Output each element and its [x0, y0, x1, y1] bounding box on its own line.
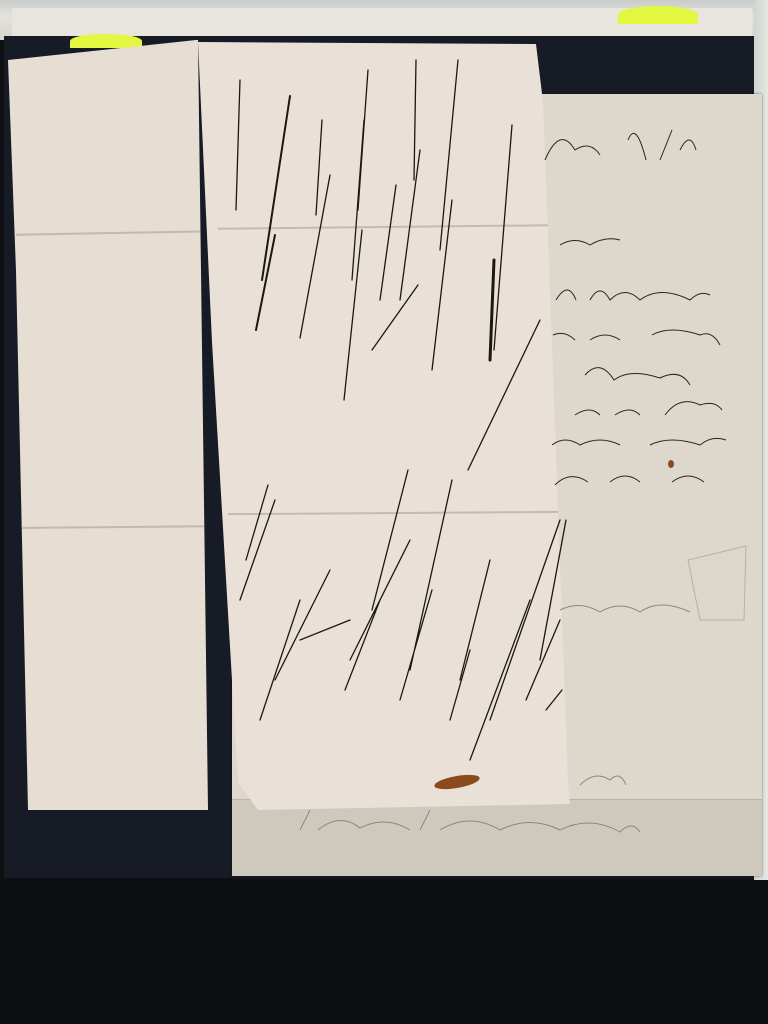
handwriting-layer — [0, 0, 768, 1024]
folded-corner — [688, 546, 746, 620]
right-sheet-script — [545, 130, 726, 485]
pencil-notes — [300, 605, 690, 832]
ink-script — [236, 60, 566, 760]
ink-spot — [668, 460, 674, 468]
